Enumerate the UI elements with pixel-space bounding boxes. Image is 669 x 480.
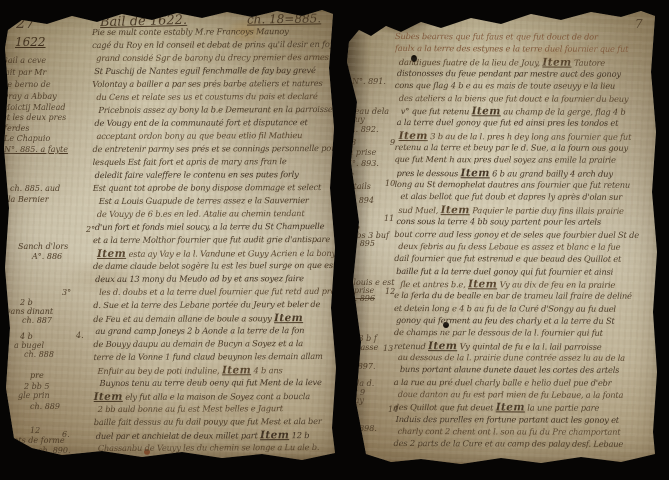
item-keyword: Item bbox=[496, 402, 525, 413]
manuscript-line: Item 3 b au de la l. pres h dey long ans… bbox=[395, 131, 659, 144]
margin-note: vans dinant bbox=[6, 308, 53, 316]
manuscript-line: Pricebnois assez ay bony la b.e Demeuran… bbox=[92, 105, 340, 119]
manuscript-line: Chassanbu de Veuyy les du chemin se long… bbox=[94, 443, 342, 457]
margin-note: 8 bbox=[351, 139, 356, 147]
manuscript-line: St Puschij de Nantes eguil fenchmalle de… bbox=[92, 66, 340, 80]
margin-note: 12 bbox=[385, 288, 395, 296]
margin-note: vllay bbox=[345, 397, 364, 405]
margin-note: ch. 890. bbox=[38, 447, 71, 455]
item-keyword: Item bbox=[441, 205, 470, 216]
margin-note: 12 b bbox=[342, 224, 360, 232]
margin-note: fait par Mr bbox=[2, 69, 46, 77]
manuscript-line: gonoy qui ferment au feu des charly et a… bbox=[394, 316, 658, 329]
right-page-text: Subes bearres que fut faus et que fut do… bbox=[394, 32, 659, 453]
margin-note: da classe bbox=[341, 344, 378, 352]
margin-note: 2 bb 5 bbox=[24, 383, 50, 391]
margin-note: a bugel bbox=[14, 342, 44, 350]
margin-note: ch. 888 bbox=[24, 351, 54, 359]
manuscript-line: 2 bb auld bonne au fu est Mest belles e … bbox=[94, 404, 342, 418]
margin-note: 2° bbox=[86, 226, 95, 234]
manuscript-line: de dame claude belot sogère lu est les b… bbox=[93, 261, 341, 275]
manuscript-line: pres le dessous Item 6 b au grand bailly… bbox=[394, 168, 658, 181]
margin-note: ch. 887 bbox=[22, 317, 52, 325]
manuscript-line: baille fait dessus au fu dail pouyy que … bbox=[94, 417, 342, 431]
item-keyword: Item bbox=[222, 365, 251, 377]
manuscript-line: v° que fut retenu Item au champ de la ge… bbox=[395, 106, 659, 119]
margin-note: ch. 885. aud bbox=[10, 185, 60, 193]
item-keyword: Item bbox=[260, 430, 289, 441]
margin-note: 4. bbox=[76, 332, 84, 340]
margin-note: ch. 896 bbox=[345, 295, 375, 303]
manuscript-line: bout corre aud less gonoy et de seles qu… bbox=[394, 229, 658, 242]
manuscript-line: au grand camp Joneys 2 b Aonde a la terr… bbox=[93, 326, 341, 340]
margin-note: la prise bbox=[346, 149, 376, 157]
manuscript-line: deux febris au fu dess Lebaue es assez e… bbox=[394, 242, 658, 255]
margin-note: 3 f bbox=[342, 174, 353, 182]
manuscript-line: cons que flag 4 b e au es mais de toute … bbox=[395, 81, 659, 94]
corner-year: 1622 bbox=[15, 35, 46, 49]
manuscript-line: dail fournier que fut estrenud e que bea… bbox=[394, 254, 658, 267]
manuscript-line: de Vougy ent de la communauté fort et di… bbox=[92, 118, 340, 132]
margin-note: R beau dela bbox=[341, 108, 389, 116]
manuscript-line: duel par et anchielat de deux millet par… bbox=[94, 430, 342, 444]
margin-note: vents de forme bbox=[4, 437, 65, 445]
manuscript-line: fle et antres b.e, Item Vy au dix de feu… bbox=[394, 279, 658, 292]
manuscript-line: Item ely fut alla e la maison de Soyez c… bbox=[94, 391, 342, 405]
margin-note: 13 bbox=[383, 345, 393, 353]
manuscript-line: sud Muel, Item Paquier le partie duy fin… bbox=[394, 205, 658, 218]
manuscript-line: de Bouyy daupu au demain de Bucyn a Soye… bbox=[93, 339, 341, 353]
manuscript-line: d'un fort et fonds miel soucy, a la terr… bbox=[93, 222, 341, 236]
manuscript-line: au dessous de la l. prairie dune contrée… bbox=[394, 353, 658, 366]
margin-note: 12 bbox=[30, 427, 40, 435]
manuscript-line: terre de la Vonne 1 fund claud beuynon l… bbox=[93, 352, 341, 366]
item-keyword: Item bbox=[94, 391, 123, 403]
margin-note: ferdes bbox=[4, 125, 29, 133]
manuscript-line: et a la terre Molthor fournier que fut a… bbox=[93, 235, 341, 249]
margin-note: Moictij Mallead bbox=[2, 104, 66, 112]
margin-note: 2 b bbox=[20, 299, 33, 307]
manuscript-line: et alas bellot que fut doub et dapres ly… bbox=[394, 192, 658, 205]
manuscript-scan: 27 1622 Bail de 1622. ch. 18=885. Pie se… bbox=[0, 0, 669, 480]
margin-note: Le berno de bbox=[2, 81, 51, 89]
manuscript-line: de Feu et au demain allane de boule a so… bbox=[93, 313, 341, 327]
margin-note: la Bernier bbox=[8, 196, 49, 204]
margin-note: et les deux pres bbox=[2, 114, 66, 122]
margin-note: N°. 891. bbox=[352, 78, 386, 86]
manuscript-line: et detein long e 4 b au fu de la Curé d'… bbox=[394, 304, 658, 317]
margin-note: ch. 894 bbox=[344, 197, 374, 205]
item-keyword: Item bbox=[542, 57, 571, 69]
manuscript-line: d. Sue et la terre des Lebane portée du … bbox=[93, 300, 341, 314]
right-page: 7 Subes bearres que fut faus et que fut … bbox=[341, 2, 663, 466]
item-keyword: Item bbox=[468, 279, 497, 290]
manuscript-line: Item esta ay Vay e la l. Vandune et Guyy… bbox=[93, 248, 341, 262]
manuscript-line: acceptant ordon bony au que beau etlio f… bbox=[92, 131, 340, 145]
manuscript-line: faulx a la terre des estynes e la terre … bbox=[395, 44, 659, 57]
item-keyword: Item bbox=[274, 313, 303, 324]
manuscript-line: baille fut a la terre duel gonoy qui fut… bbox=[394, 267, 658, 280]
margin-note: 9 bbox=[390, 139, 395, 147]
margin-note: Bail a ceve bbox=[2, 57, 46, 65]
margin-note: 4 b bbox=[20, 333, 33, 341]
manuscript-line: dandigues fuatre de la lieu de Jouy, Ite… bbox=[395, 57, 659, 70]
manuscript-line: charly cont 2 chent ont l. son au fu du … bbox=[394, 427, 658, 440]
margin-note: souy bbox=[346, 116, 365, 124]
manuscript-line: distonosses du feue pendant par mestre a… bbox=[395, 69, 659, 82]
manuscript-line: de champs ne par le dessous de la l. fou… bbox=[394, 328, 658, 341]
manuscript-line: doue danton au fu est parl mien de fu Le… bbox=[394, 390, 658, 403]
item-keyword: Item bbox=[97, 248, 126, 260]
margin-note: ch. 892. bbox=[346, 126, 379, 134]
manuscript-line: des 2 parts de la Cure et au camp des pa… bbox=[394, 439, 658, 452]
margin-note: N°. 898. bbox=[343, 425, 377, 433]
margin-note: gle prin bbox=[18, 392, 50, 400]
manuscript-line: Enfuir au bey de poti induline, Item 4 b… bbox=[93, 365, 341, 379]
margin-note: la l. 3 b f bbox=[341, 335, 377, 343]
margin-note: Dray a Abbay bbox=[2, 93, 57, 101]
margin-note: 14 bbox=[388, 406, 398, 414]
manuscript-line: les d. doubs et a la terre duel fournier… bbox=[93, 287, 341, 301]
margin-note: Sanch d'lors bbox=[18, 243, 68, 251]
left-page-text: Pie se mult conte estably M.re Francoys … bbox=[92, 27, 342, 457]
manuscript-line: cagé du Roy en ld conseil et debat de pr… bbox=[92, 40, 340, 54]
item-keyword: Item bbox=[428, 341, 457, 352]
margin-note: l. tails bbox=[346, 183, 371, 191]
corner-folio-number: 27 bbox=[16, 14, 35, 32]
manuscript-line: Est a Louis Guapude de terres assez e la… bbox=[93, 196, 341, 210]
manuscript-line: a la terre duel gonoy que fut ed ainsi p… bbox=[395, 118, 659, 131]
manuscript-line: que fut Ment h aux pres duel soyez ans e… bbox=[395, 155, 659, 168]
margin-note: ch. 889 bbox=[30, 403, 60, 411]
manuscript-line: Subes bearres que fut faus et que fut do… bbox=[395, 32, 659, 45]
margin-note: C bbox=[343, 66, 349, 74]
item-keyword: Item bbox=[461, 168, 490, 179]
margin-note: ch. 895 bbox=[345, 240, 375, 248]
manuscript-line: deledit faire valeffere le contenu en se… bbox=[93, 170, 341, 184]
margin-note: 10 bbox=[385, 180, 395, 188]
manuscript-line: Volontay a bailler a par ses prés barbe … bbox=[92, 79, 340, 93]
margin-note: 3° bbox=[62, 289, 71, 297]
manuscript-line: Pie se mult conte estably M.re Francoys … bbox=[92, 27, 340, 41]
manuscript-line: buns portant alaune dunete dauet les cor… bbox=[394, 365, 658, 378]
margin-note: 11 bbox=[384, 215, 394, 223]
manuscript-line: Est quant tot aprobe de bony dispose dom… bbox=[93, 183, 341, 197]
margin-note: ch. 897. bbox=[343, 363, 376, 371]
manuscript-line: e la ferla du de bealle en bar de trameu… bbox=[394, 291, 658, 304]
manuscript-line: Buynos tenu au terre deub oeny qui fut M… bbox=[94, 378, 342, 392]
archive-reference: ch. 18=885. bbox=[247, 11, 321, 26]
margin-note: 2 fula d. bbox=[341, 380, 374, 388]
margin-note: A°. 886 bbox=[32, 253, 62, 261]
item-keyword: Item bbox=[472, 106, 501, 117]
left-page: 27 1622 Bail de 1622. ch. 18=885. Pie se… bbox=[2, 8, 338, 460]
manuscript-line: deux au 13 mony du Meudo ad by et ans so… bbox=[93, 274, 341, 288]
manuscript-line: cons sous la terre 4 bb souy partent pou… bbox=[394, 217, 658, 230]
margin-note: pre bbox=[30, 372, 44, 380]
manuscript-line: de entretenir parmy ses prés et se conni… bbox=[93, 144, 341, 158]
manuscript-line: lesquels Est fait fort et apris de mary … bbox=[93, 157, 341, 171]
manuscript-line: de Vouyy de 6 b.es en led. Atalie au che… bbox=[93, 209, 341, 223]
manuscript-line: du Cens et relate ses us et coustums du … bbox=[92, 92, 340, 106]
manuscript-line: des ateliers a la biens que fut douct e … bbox=[395, 94, 659, 107]
manuscript-line: long au St demophelat dautres ans fourni… bbox=[394, 180, 658, 193]
margin-note: Le Chapuio bbox=[4, 135, 50, 143]
margin-note: N°. 893. bbox=[345, 160, 379, 168]
item-keyword: Item bbox=[399, 131, 428, 142]
margin-note: N°. 885. a fayte bbox=[4, 146, 68, 154]
page-number: 7 bbox=[635, 17, 643, 31]
manuscript-line: des Quillot que fut deuet Item la une pa… bbox=[394, 402, 658, 415]
manuscript-line: Induis des purelles en fortune partant a… bbox=[394, 415, 658, 428]
manuscript-line: grand considé Sgr de barony du drecy pre… bbox=[92, 53, 340, 67]
margin-note: 3 bbox=[342, 253, 347, 261]
manuscript-line: a la rue au pré duel charly balle e heli… bbox=[394, 378, 658, 391]
manuscript-line: retenu a la terre et beuy par le d. Sue,… bbox=[395, 143, 659, 156]
manuscript-line: retenud Item Vy quintal de fu e la l. la… bbox=[394, 341, 658, 354]
